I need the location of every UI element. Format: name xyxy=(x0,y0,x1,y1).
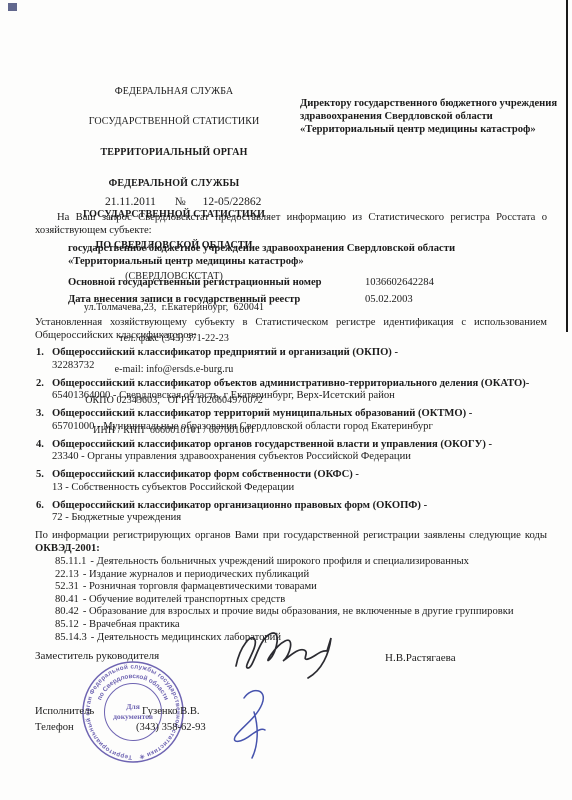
okved-code: 80.42 xyxy=(55,606,79,619)
classifier-item: 4. Общероссийский классификатор органов … xyxy=(35,439,547,464)
phone-label: Телефон xyxy=(35,722,74,733)
executor-label: Исполнитель xyxy=(35,706,94,717)
classifier-title: Общероссийский классификатор объектов ад… xyxy=(52,378,547,391)
classifier-number: 3. xyxy=(36,408,44,421)
registry-value: 1036602642284 xyxy=(365,277,434,290)
executor-name: Гузенко В.В. xyxy=(142,706,200,717)
letter-date: 21.11.2011 xyxy=(105,196,156,208)
okved-desc: - Обучение водителей транспортных средст… xyxy=(83,594,285,605)
okved-intro: По информации регистрирующих органов Вам… xyxy=(35,530,547,555)
okved-code: 85.11.1 xyxy=(55,556,86,569)
classifier-title: Общероссийский классификатор органов гос… xyxy=(52,439,547,452)
okved-row: 80.42- Образование для взрослых и прочие… xyxy=(55,606,547,619)
registry-label: Основной государственный регистрационный… xyxy=(68,277,322,288)
okved-code: 22.13 xyxy=(55,569,79,582)
signature-mark xyxy=(230,626,338,682)
sender-line: ФЕДЕРАЛЬНАЯ СЛУЖБА xyxy=(48,87,300,97)
classifier-item: 2. Общероссийский классификатор объектов… xyxy=(35,378,547,403)
document-page: ФЕДЕРАЛЬНАЯ СЛУЖБА ГОСУДАРСТВЕННОЙ СТАТИ… xyxy=(0,0,572,800)
okved-code: 52.31 xyxy=(55,581,79,594)
registry-value: 05.02.2003 xyxy=(365,294,413,307)
okved-code: 85.14.3 xyxy=(55,632,87,645)
classifier-value: 13 - Собственность субъектов Российской … xyxy=(52,482,547,495)
okved-label: ОКВЭД-2001: xyxy=(35,543,100,554)
okved-desc: - Розничная торговля фармацевтическими т… xyxy=(83,581,317,592)
classifier-title: Общероссийский классификатор организацио… xyxy=(52,500,547,513)
okved-row: 85.11.1- Деятельность больничных учрежде… xyxy=(55,556,547,569)
classifier-item: 1. Общероссийский классификатор предприя… xyxy=(35,347,547,372)
registry-row: Основной государственный регистрационный… xyxy=(68,277,547,294)
reference-line: 21.11.2011 № 12-05/22862 xyxy=(105,196,261,208)
organization-name: государственное бюджетное учреждение здр… xyxy=(68,243,538,268)
classifier-title: Общероссийский классификатор предприятий… xyxy=(52,347,547,360)
classifier-title: Общероссийский классификатор форм собств… xyxy=(52,469,547,482)
sender-line: ФЕДЕРАЛЬНОЙ СЛУЖБЫ xyxy=(48,179,300,189)
stamp-center-line1: Для xyxy=(126,702,140,711)
registry-label: Дата внесения записи в государственный р… xyxy=(68,294,300,305)
classifiers-list: 1. Общероссийский классификатор предприя… xyxy=(35,347,547,525)
okved-desc: - Деятельность больничных учреждений шир… xyxy=(90,556,469,567)
okved-desc: - Врачебная практика xyxy=(83,619,180,630)
classifier-item: 6. Общероссийский классификатор организа… xyxy=(35,500,547,525)
signer-name: Н.В.Растягаева xyxy=(385,652,456,664)
okved-desc: - Издание журналов и периодических публи… xyxy=(83,569,309,580)
registry-row: Дата внесения записи в государственный р… xyxy=(68,294,547,311)
scan-edge-line xyxy=(566,0,568,332)
classifier-value: 65701000 - Муниципальные образования Све… xyxy=(52,421,547,434)
okved-row: 22.13- Издание журналов и периодических … xyxy=(55,569,547,582)
executor-initials-mark xyxy=(224,684,284,762)
okved-intro-text: По информации регистрирующих органов Вам… xyxy=(35,530,547,541)
registry-table: Основной государственный регистрационный… xyxy=(35,277,547,311)
okved-row: 52.31- Розничная торговля фармацевтическ… xyxy=(55,581,547,594)
intro-paragraph: На Ваш запрос Свердловскстат предоставля… xyxy=(35,212,547,237)
classifier-item: 5. Общероссийский классификатор форм соб… xyxy=(35,469,547,494)
phone-number: (343) 358-62-93 xyxy=(136,722,206,733)
okved-code: 85.12 xyxy=(55,619,79,632)
classifier-item: 3. Общероссийский классификатор территор… xyxy=(35,408,547,433)
classifier-value: 23340 - Органы управления здравоохранени… xyxy=(52,451,547,464)
sender-line: ГОСУДАРСТВЕННОЙ СТАТИСТИКИ xyxy=(48,117,300,127)
classifiers-intro: Установленная хозяйствующему субъекту в … xyxy=(35,317,547,342)
okved-desc: - Образование для взрослых и прочие виды… xyxy=(83,606,514,617)
recipient-block: Директору государственного бюджетного уч… xyxy=(300,97,558,136)
letter-number: 12-05/22862 xyxy=(203,196,262,208)
classifier-number: 1. xyxy=(36,347,44,360)
letter-body: На Ваш запрос Свердловскстат предоставля… xyxy=(35,212,547,644)
okved-row: 80.41- Обучение водителей транспортных с… xyxy=(55,594,547,607)
classifier-value: 32283732 xyxy=(52,360,547,373)
classifier-number: 2. xyxy=(36,378,44,391)
classifier-number: 4. xyxy=(36,439,44,452)
scan-artifact-mark xyxy=(8,3,17,11)
classifier-number: 6. xyxy=(36,500,44,513)
classifier-number: 5. xyxy=(36,469,44,482)
classifier-title: Общероссийский классификатор территорий … xyxy=(52,408,547,421)
okved-code: 80.41 xyxy=(55,594,79,607)
classifier-value: 65401364000 - Свердловская область, г Ек… xyxy=(52,390,547,403)
sender-line: ТЕРРИТОРИАЛЬНЫЙ ОРГАН xyxy=(48,148,300,158)
number-sign: № xyxy=(175,196,186,208)
classifier-value: 72 - Бюджетные учреждения xyxy=(52,512,547,525)
